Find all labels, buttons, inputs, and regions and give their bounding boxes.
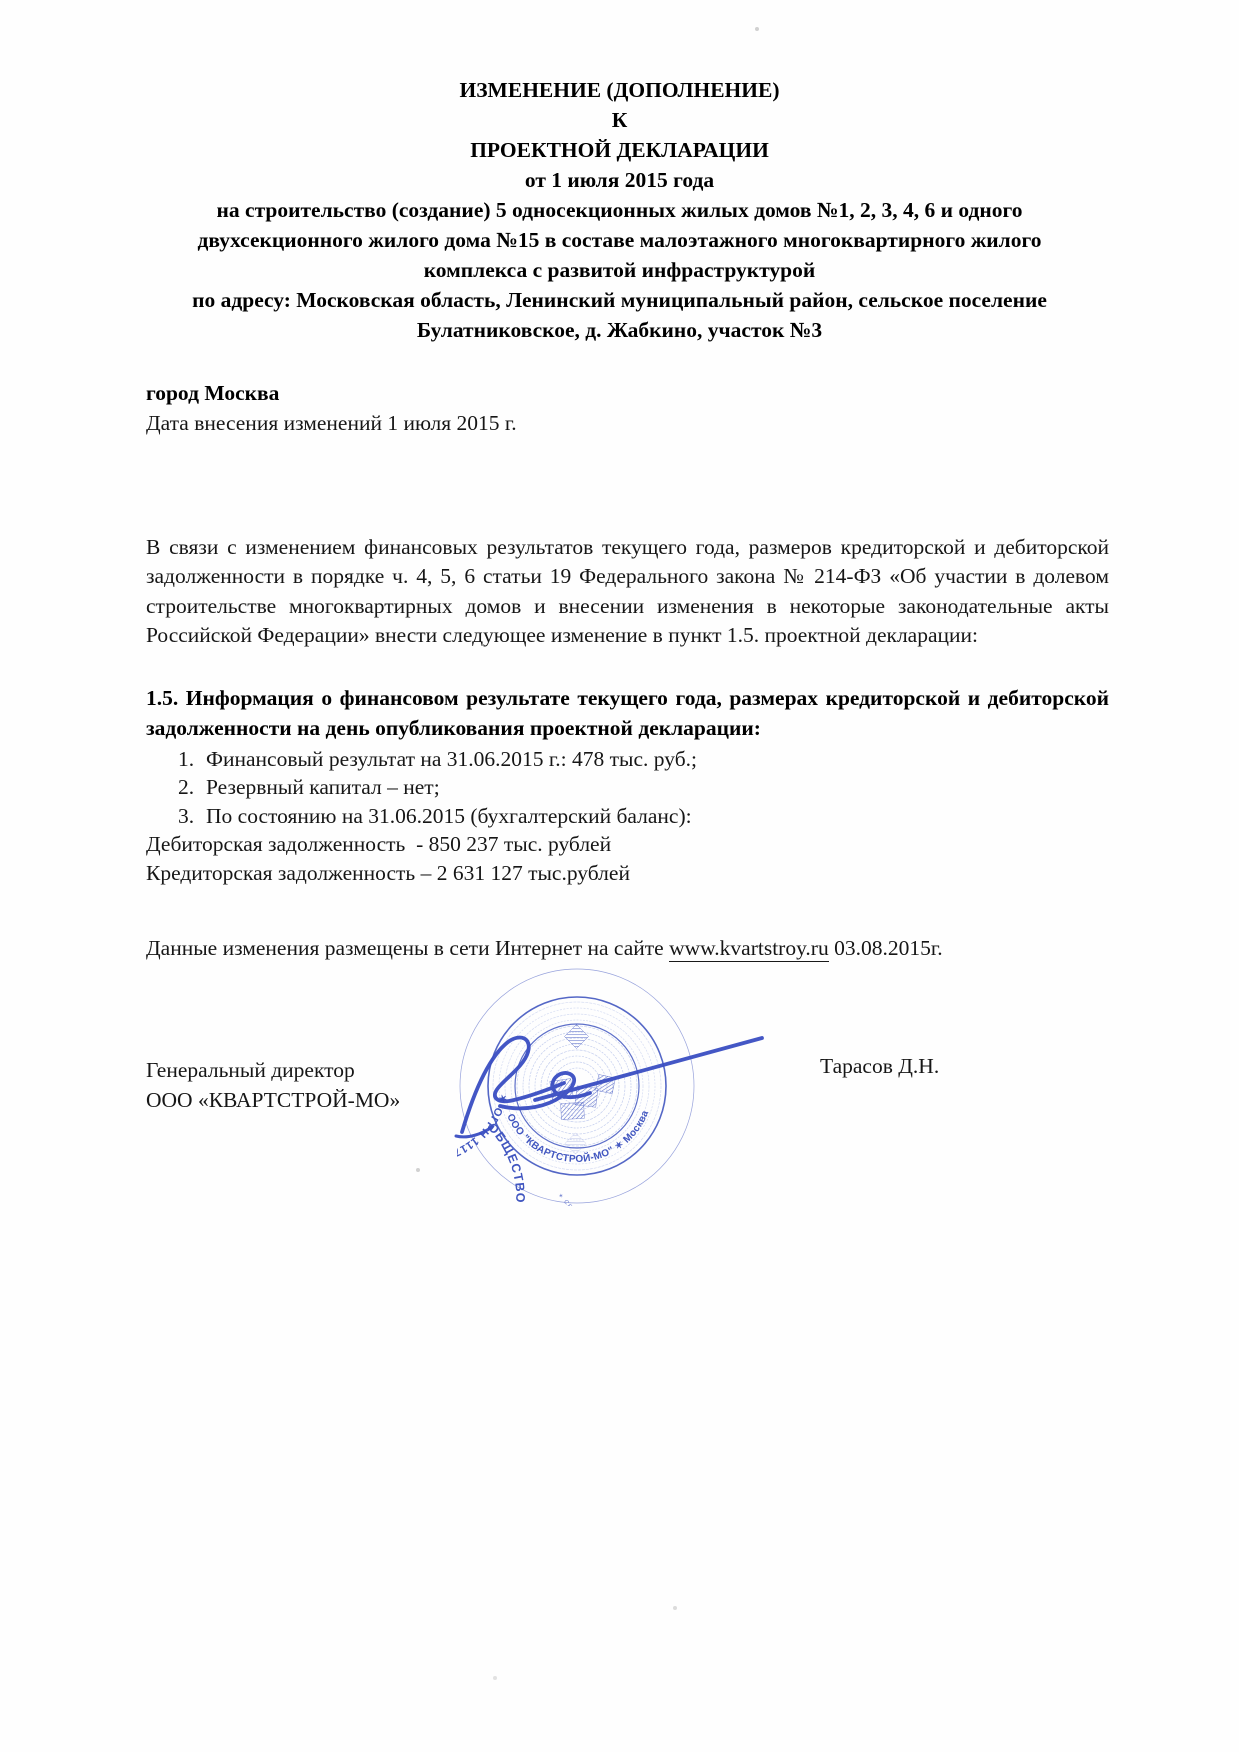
- title-line: от 1 июля 2015 года: [0, 165, 1239, 195]
- signer-role-block: Генеральный директор ООО «КВАРТСТРОЙ-МО»: [146, 1056, 400, 1115]
- title-line: на строительство (создание) 5 односекцио…: [0, 195, 1239, 225]
- title-line: ИЗМЕНЕНИЕ (ДОПОЛНЕНИЕ): [0, 75, 1239, 105]
- scan-speck: [755, 27, 759, 31]
- list-item: 2.Резервный капитал – нет;: [146, 773, 1109, 801]
- title-line: комплекса с развитой инфраструктурой: [0, 255, 1239, 285]
- city-label: город Москва: [146, 381, 279, 406]
- list-item-text: Финансовый результат на 31.06.2015 г.: 4…: [206, 747, 697, 771]
- title-line: ПРОЕКТНОЙ ДЕКЛАРАЦИИ: [0, 135, 1239, 165]
- publication-line: Данные изменения размещены в сети Интерн…: [146, 936, 943, 961]
- signer-name: Тарасов Д.Н.: [820, 1054, 939, 1079]
- signature-ink: [440, 1000, 780, 1150]
- publication-suffix: 03.08.2015г.: [829, 936, 943, 960]
- list-item: 1.Финансовый результат на 31.06.2015 г.:…: [146, 745, 1109, 773]
- document-title-block: ИЗМЕНЕНИЕ (ДОПОЛНЕНИЕ) К ПРОЕКТНОЙ ДЕКЛА…: [0, 75, 1239, 345]
- list-item-text: Резервный капитал – нет;: [206, 775, 440, 799]
- amendment-date-line: Дата внесения изменений 1 июля 2015 г.: [146, 411, 517, 436]
- title-line: двухсекционного жилого дома №15 в состав…: [0, 225, 1239, 255]
- title-line: Булатниковское, д. Жабкино, участок №3: [0, 315, 1239, 345]
- section-1-5-heading: 1.5. Информация о финансовом результате …: [146, 684, 1109, 743]
- scan-speck: [673, 1606, 677, 1610]
- section-1-5-list: 1.Финансовый результат на 31.06.2015 г.:…: [146, 745, 1109, 887]
- payables-line: Кредиторская задолженность – 2 631 127 т…: [146, 859, 1109, 887]
- receivables-line: Дебиторская задолженность - 850 237 тыс.…: [146, 830, 1109, 858]
- list-item-text: По состоянию на 31.06.2015 (бухгалтерски…: [206, 804, 692, 828]
- title-line: по адресу: Московская область, Ленинский…: [0, 285, 1239, 315]
- intro-paragraph: В связи с изменением финансовых результа…: [146, 533, 1109, 650]
- list-item: 3.По состоянию на 31.06.2015 (бухгалтерс…: [146, 802, 1109, 830]
- title-line: К: [0, 105, 1239, 135]
- scan-speck: [416, 1168, 420, 1172]
- scan-speck: [493, 1676, 497, 1680]
- list-item-number: 1.: [178, 745, 206, 773]
- list-item-number: 3.: [178, 802, 206, 830]
- list-item-number: 2.: [178, 773, 206, 801]
- signer-company-line: ООО «КВАРТСТРОЙ-МО»: [146, 1086, 400, 1116]
- scanned-document-page: ИЗМЕНЕНИЕ (ДОПОЛНЕНИЕ) К ПРОЕКТНОЙ ДЕКЛА…: [0, 0, 1239, 1752]
- publication-prefix: Данные изменения размещены в сети Интерн…: [146, 936, 669, 960]
- signer-role-line: Генеральный директор: [146, 1056, 400, 1086]
- website-url: www.kvartstroy.ru: [669, 936, 829, 962]
